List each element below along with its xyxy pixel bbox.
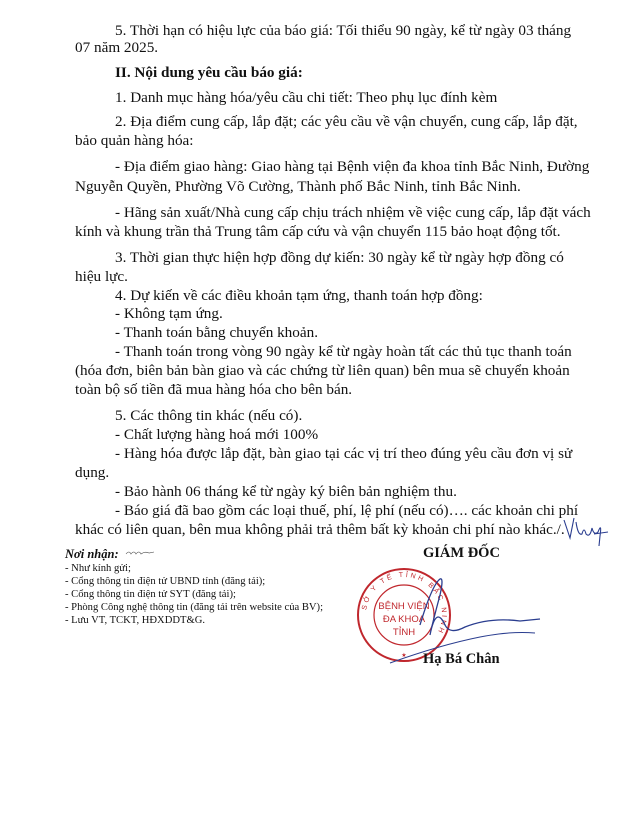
- recipient-item: - Phòng Công nghệ thông tin (đăng tải tr…: [65, 601, 323, 614]
- text-line: 5. Các thông tin khác (nếu có).: [115, 407, 602, 425]
- text-line: - Báo giá đã bao gồm các loại thuế, phí,…: [115, 502, 602, 520]
- text-line: 07 năm 2025.: [75, 39, 602, 57]
- text-line: - Thanh toán bằng chuyển khoản.: [115, 324, 602, 342]
- text-line: - Chất lượng hàng hoá mới 100%: [115, 426, 602, 444]
- recipient-item: - Cổng thông tin điện tử UBND tỉnh (đăng…: [65, 575, 265, 588]
- text-line: 3. Thời gian thực hiện hợp đồng dự kiến:…: [115, 249, 602, 267]
- section-heading: II. Nội dung yêu cầu báo giá:: [115, 64, 602, 82]
- text-line: toàn bộ số tiền đã mua hàng hóa cho bên …: [75, 381, 602, 399]
- recipient-item: - Cổng thông tin điện tử SYT (đăng tải);: [65, 588, 236, 601]
- text-line: dụng.: [75, 464, 602, 482]
- text-line: - Hàng hóa được lắp đặt, bàn giao tại cá…: [115, 445, 602, 463]
- initial-signature: [560, 512, 610, 548]
- recipients-title: Nơi nhận:: [65, 548, 119, 561]
- text-line: - Hãng sản xuất/Nhà cung cấp chịu trách …: [115, 204, 602, 222]
- text-line: 2. Địa điểm cung cấp, lắp đặt; các yêu c…: [115, 113, 602, 131]
- text-line: hiệu lực.: [75, 268, 602, 286]
- text-line: - Không tạm ứng.: [115, 305, 602, 323]
- scribble-mark: [125, 548, 155, 558]
- text-line: - Thanh toán trong vòng 90 ngày kể từ ng…: [115, 343, 602, 361]
- text-line: (hóa đơn, biên bản bàn giao và các chứng…: [75, 362, 602, 380]
- recipient-item: - Như kính gửi;: [65, 562, 131, 575]
- text-line: Nguyễn Quyền, Phường Võ Cường, Thành phố…: [75, 178, 602, 196]
- director-name: Hạ Bá Chân: [423, 651, 500, 668]
- text-line: 5. Thời hạn có hiệu lực của báo giá: Tối…: [115, 22, 602, 40]
- text-line: 1. Danh mục hàng hóa/yêu cầu chi tiết: T…: [115, 89, 602, 107]
- text-line: - Địa điểm giao hàng: Giao hàng tại Bệnh…: [115, 158, 602, 176]
- text-line: khác có liên quan, bên mua không phải tr…: [75, 521, 602, 539]
- director-title: GIÁM ĐỐC: [423, 545, 500, 562]
- text-line: kính và khung trần thả Trung tâm cấp cứu…: [75, 223, 602, 241]
- text-line: - Bảo hành 06 tháng kể từ ngày ký biên b…: [115, 483, 602, 501]
- recipient-item: - Lưu VT, TCKT, HĐXDDT&G.: [65, 614, 205, 627]
- text-line: bảo quản hàng hóa:: [75, 132, 602, 150]
- text-line: 4. Dự kiến về các điều khoản tạm ứng, th…: [115, 287, 602, 305]
